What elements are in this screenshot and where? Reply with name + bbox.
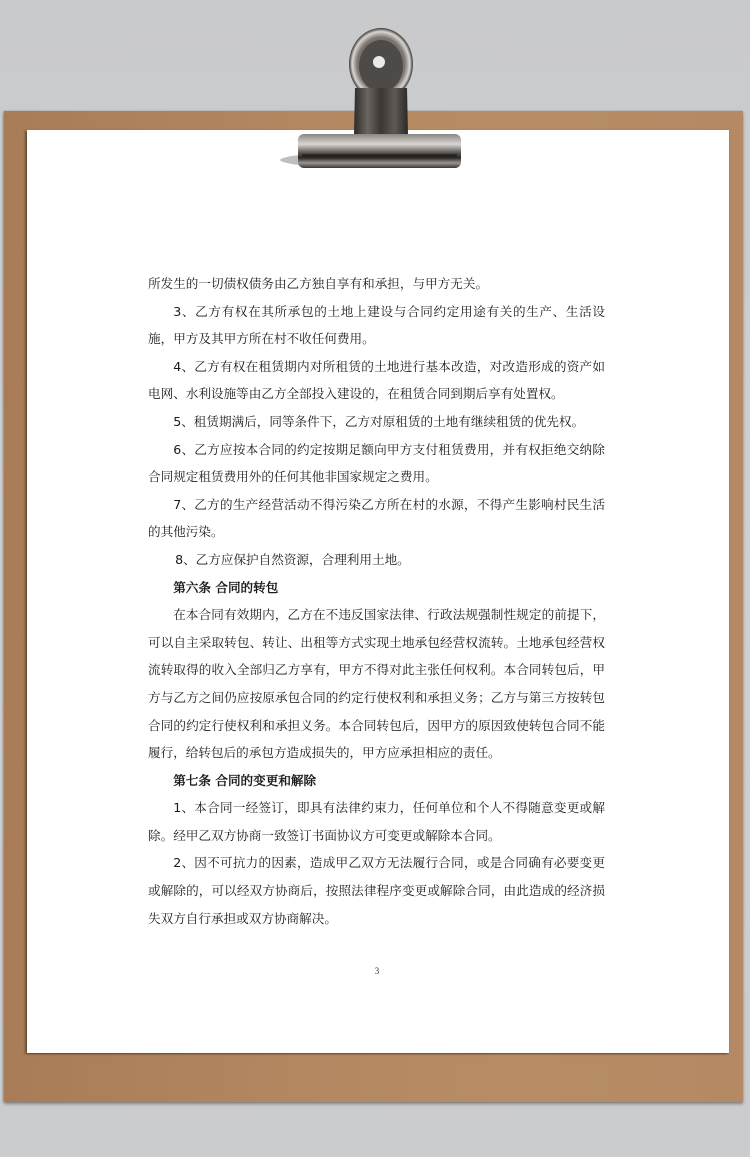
clause-item-6: 6、乙方应按本合同的约定按期足额向甲方支付租赁费用，并有权拒绝交纳除合同规定租赁… (148, 436, 605, 491)
page-number: 3 (370, 966, 384, 976)
article-7-item-1: 1、本合同一经签订，即具有法律约束力，任何单位和个人不得随意变更或解除。经甲乙双… (148, 794, 605, 849)
document-page: 所发生的一切债权债务由乙方独自享有和承担，与甲方无关。 3、乙方有权在其所承包的… (27, 130, 729, 1053)
section-heading-article-7: 第七条 合同的变更和解除 (148, 767, 605, 795)
article-7-item-2: 2、因不可抗力的因素，造成甲乙双方无法履行合同，或是合同确有必要变更或解除的，可… (148, 849, 605, 932)
document-body: 所发生的一切债权债务由乙方独自享有和承担，与甲方无关。 3、乙方有权在其所承包的… (148, 270, 605, 932)
clause-item-8: 8、乙方应保护自然资源，合理利用土地。 (148, 546, 605, 574)
section-heading-article-6: 第六条 合同的转包 (148, 574, 605, 602)
clause-item-7: 7、乙方的生产经营活动不得污染乙方所在村的水源，不得产生影响村民生活的其他污染。 (148, 491, 605, 546)
paragraph-continuation: 所发生的一切债权债务由乙方独自享有和承担，与甲方无关。 (148, 270, 605, 298)
clause-item-5: 5、租赁期满后，同等条件下，乙方对原租赁的土地有继续租赁的优先权。 (148, 408, 605, 436)
clause-item-4: 4、乙方有权在租赁期内对所租赁的土地进行基本改造，对改造形成的资产如电网、水利设… (148, 353, 605, 408)
article-6-body: 在本合同有效期内，乙方在不违反国家法律、行政法规强制性规定的前提下，可以自主采取… (148, 601, 605, 767)
clause-item-3: 3、乙方有权在其所承包的土地上建设与合同约定用途有关的生产、生活设施，甲方及其甲… (148, 298, 605, 353)
